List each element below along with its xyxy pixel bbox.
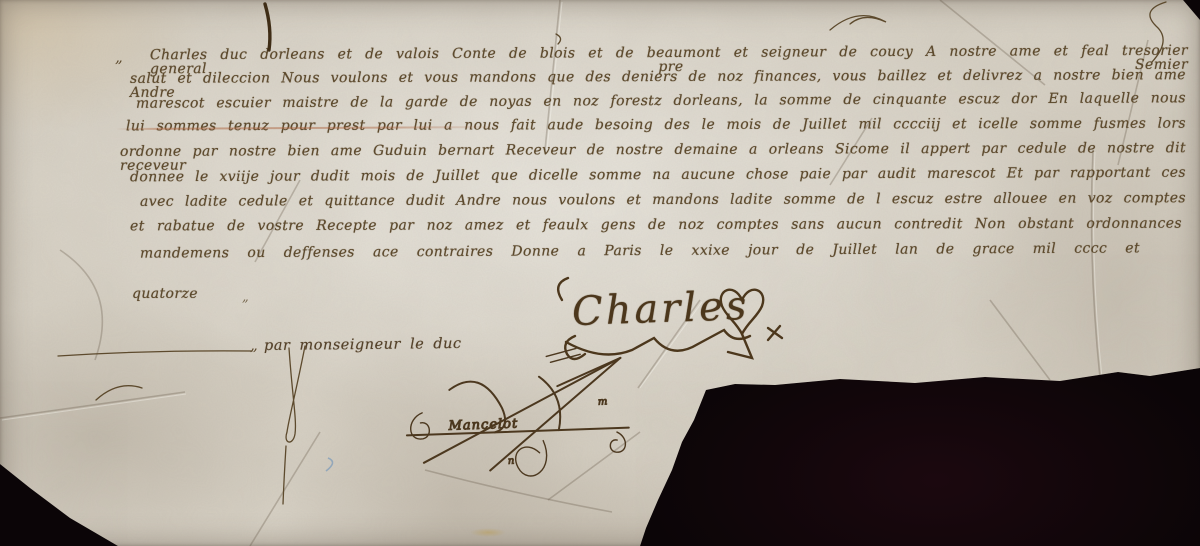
text-line: lui sommes tenuz pour prest par lui a no… bbox=[126, 117, 1186, 134]
docket-line: par monseigneur le duc bbox=[264, 336, 462, 354]
text-line: et rabatue de vostre Recepte par noz ame… bbox=[130, 217, 1182, 234]
ditto-mark: „ bbox=[242, 290, 249, 305]
royal-signature: Charles bbox=[571, 283, 750, 335]
text-line: donnee le xviije jour dudit mois de Juil… bbox=[130, 166, 1186, 185]
text-line: marescot escuier maistre de la garde de … bbox=[136, 91, 1186, 110]
ditto-mark: „ bbox=[250, 336, 258, 354]
parchment-sheet: Charles duc dorleans et de valois Conte … bbox=[0, 0, 1200, 546]
ditto-mark: „ bbox=[115, 48, 123, 66]
text-line-quatorze: quatorze bbox=[132, 287, 322, 301]
secretary-name: Mancelot bbox=[447, 417, 518, 434]
blue-pencil-mark bbox=[326, 458, 333, 471]
manuscript-photo: Charles duc dorleans et de valois Conte … bbox=[0, 0, 1200, 546]
text-line: avec ladite cedule et quittance dudit An… bbox=[140, 191, 1186, 209]
yellow-stain bbox=[470, 528, 506, 537]
superscript-m: m bbox=[598, 396, 608, 407]
text-line: mandemens ou deffenses ace contraires Do… bbox=[140, 241, 1140, 260]
subscript-n: n bbox=[508, 456, 515, 467]
